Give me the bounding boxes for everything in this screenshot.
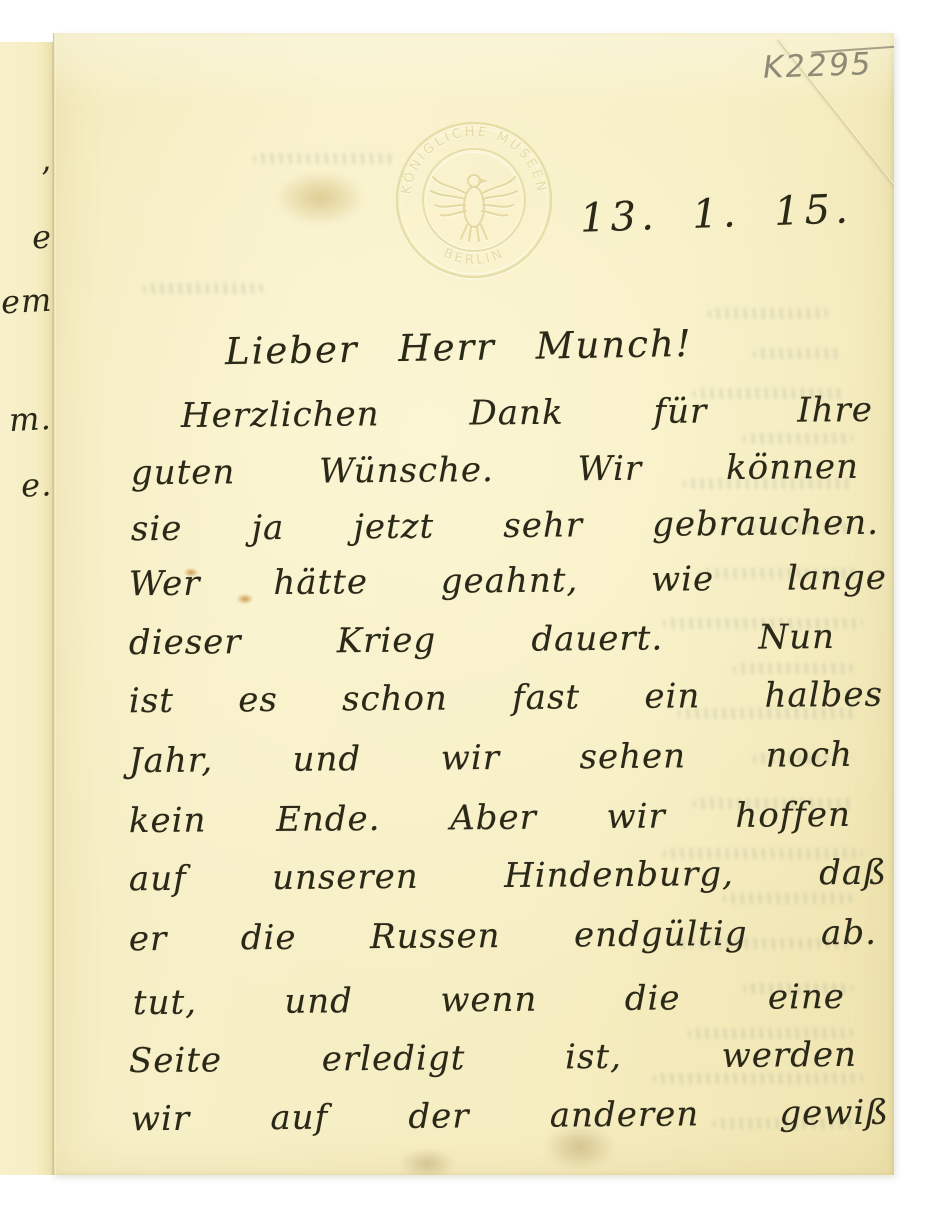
letter-scan: ’ e em m. e. K2295 KÖNIGL bbox=[0, 0, 950, 1211]
adjacent-page-edge: ’ e em m. e. bbox=[0, 42, 53, 1175]
handwriting-line: Seite erledigt ist, werden bbox=[129, 1035, 857, 1093]
handwriting-line: Herzlichen Dank für Ihre bbox=[181, 390, 873, 448]
bleedthrough-mark bbox=[143, 283, 263, 294]
handwriting-line: Wer hätte geahnt, wie lange bbox=[129, 558, 887, 617]
handwriting-fragment: e bbox=[31, 218, 53, 257]
bleedthrough-mark bbox=[253, 153, 393, 164]
bleedthrough-mark bbox=[753, 348, 843, 359]
svg-text:BERLIN: BERLIN bbox=[441, 246, 507, 268]
handwriting-fragment: m. bbox=[9, 399, 53, 439]
handwriting-line: dieser Krieg dauert. Nun bbox=[129, 617, 835, 675]
bleedthrough-mark bbox=[708, 308, 828, 319]
handwriting-line: er die Russen endgültig ab. bbox=[129, 913, 877, 972]
handwriting-line: tut, und wenn die eine bbox=[133, 977, 845, 1035]
paper-stain bbox=[274, 170, 366, 226]
svg-text:KÖNIGLICHE MUSEEN: KÖNIGLICHE MUSEEN bbox=[399, 125, 549, 196]
eagle-emblem bbox=[431, 175, 517, 241]
handwriting-line: Jahr, und wir sehen noch bbox=[129, 735, 853, 793]
handwriting-line: sie ja jetzt sehr gebrauchen. bbox=[131, 503, 879, 562]
handwriting-line: kein Ende. Aber wir hoffen bbox=[129, 795, 851, 853]
handwriting-fragment: em bbox=[0, 281, 53, 322]
handwriting-line: auf unseren Hindenburg, daß bbox=[129, 853, 887, 912]
handwriting-line: guten Wünsche. Wir können bbox=[131, 447, 859, 505]
handwriting-line: ist es schon fast ein halbes bbox=[129, 675, 883, 734]
handwriting-fragment: e. bbox=[20, 465, 53, 505]
letter-date: 13. 1. 15. bbox=[579, 186, 853, 241]
catalog-number-pencil: K2295 bbox=[760, 46, 875, 86]
seal-text-top: KÖNIGLICHE MUSEEN bbox=[399, 125, 549, 196]
page-fold bbox=[53, 33, 56, 1175]
letter-page: K2295 KÖNIGLICHE MUSEEN BERLIN 13. bbox=[53, 33, 894, 1175]
handwriting-line: wir auf der anderen gewiß bbox=[131, 1093, 889, 1152]
salutation-line: Lieber Herr Munch! bbox=[225, 322, 693, 373]
seal-text-bottom: BERLIN bbox=[441, 246, 507, 268]
embossed-seal: KÖNIGLICHE MUSEEN BERLIN bbox=[389, 115, 559, 285]
handwriting-fragment: ’ bbox=[40, 160, 53, 199]
paper-stain bbox=[399, 1148, 455, 1175]
